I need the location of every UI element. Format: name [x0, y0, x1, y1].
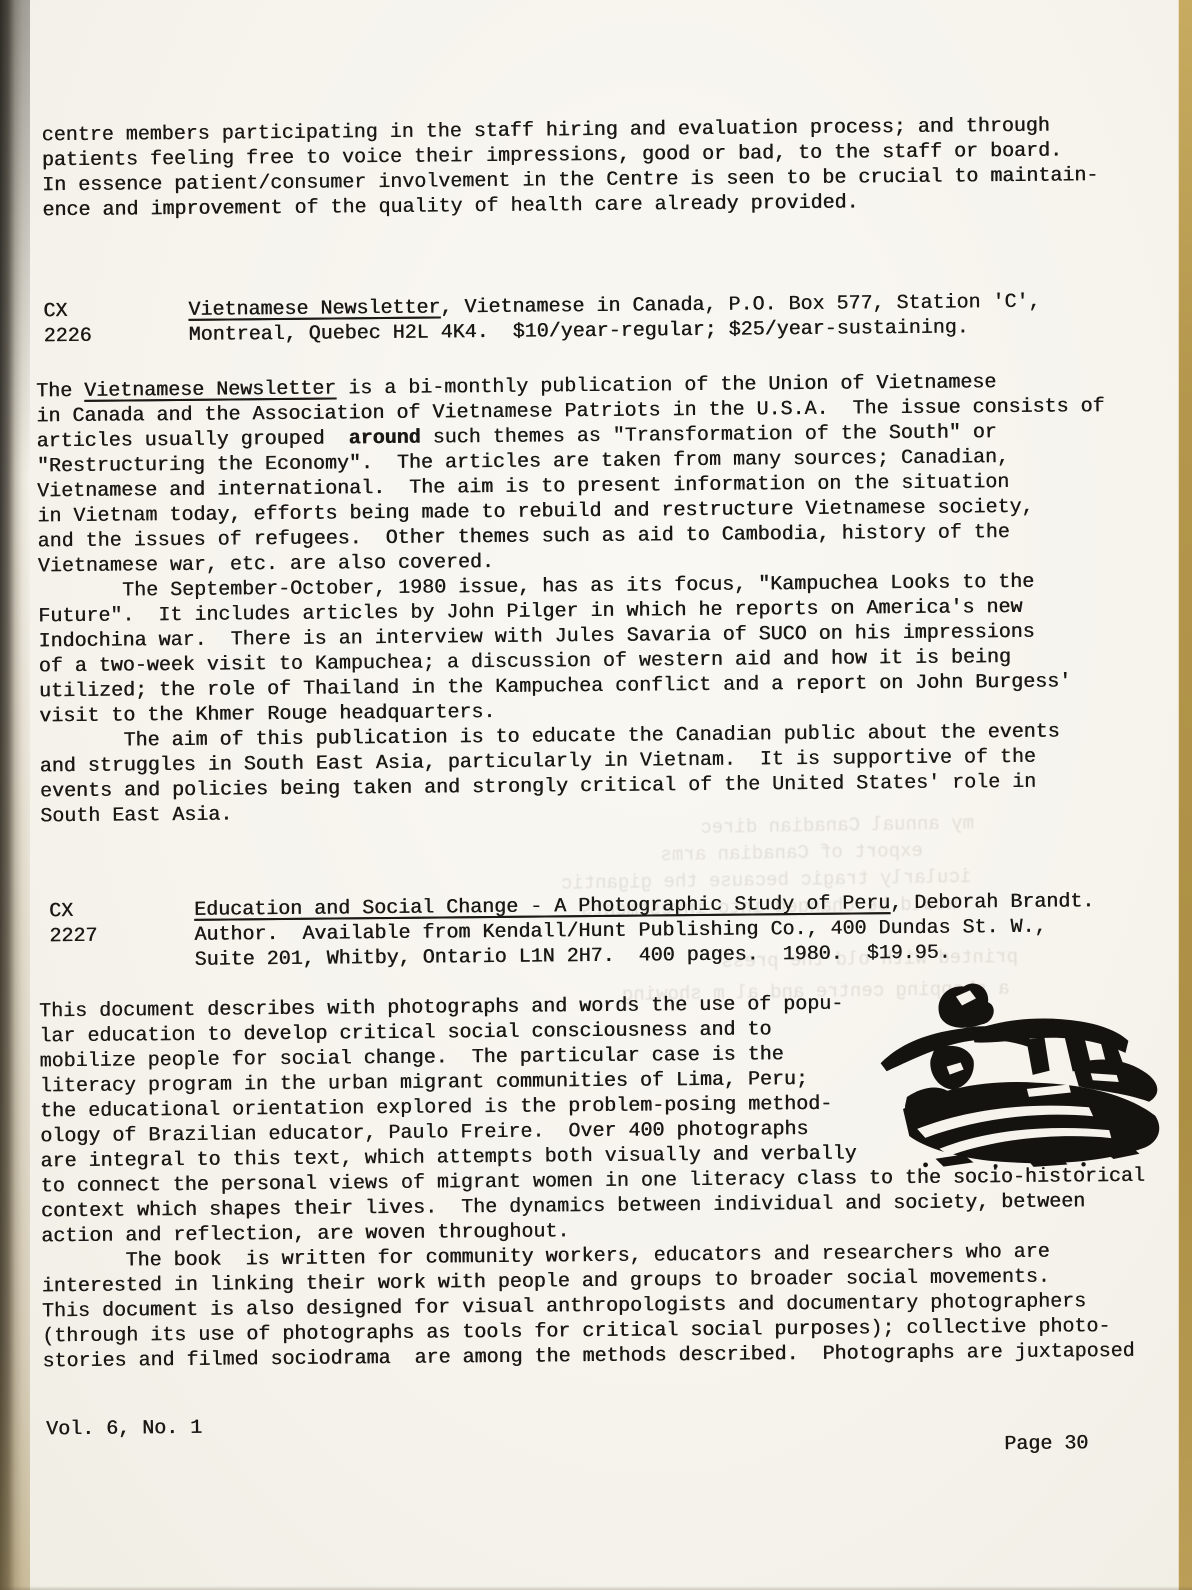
entry-code: CX [43, 298, 188, 324]
bleedthrough-text: export of Canadian arms [660, 839, 923, 868]
catalog-entry-cx2227: CX 2227 Education and Social Change - A … [49, 889, 1095, 974]
entry-code: CX [49, 898, 194, 924]
scanned-document-page: my annual Canadian direcexport of Canadi… [0, 0, 1192, 1590]
footer-page-number: Page 30 [1004, 1431, 1088, 1457]
entry-citation: Education and Social Change - A Photogra… [194, 889, 1095, 973]
entry-label: CX 2227 [49, 898, 195, 974]
typewritten-content: my annual Canadian direcexport of Canadi… [0, 0, 1192, 1590]
entry-label: CX 2226 [43, 298, 188, 349]
footer-volume: Vol. 6, No. 1 [46, 1416, 202, 1442]
catalog-entry-cx2226: CX 2226 Vietnamese Newsletter, Vietnames… [43, 290, 1041, 350]
ink-illustration-person-with-hat [876, 975, 1172, 1170]
entry-number: 2227 [49, 923, 194, 949]
entry-citation: Vietnamese Newsletter, Vietnamese in Can… [188, 290, 1041, 348]
entry-description-cx2226: The Vietnamese Newsletter is a bi-monthl… [36, 369, 1170, 830]
entry-number: 2226 [43, 323, 188, 349]
bleedthrough-layer: my annual Canadian direcexport of Canadi… [0, 0, 1184, 6]
intro-paragraph: centre members participating in the staf… [42, 113, 1153, 224]
